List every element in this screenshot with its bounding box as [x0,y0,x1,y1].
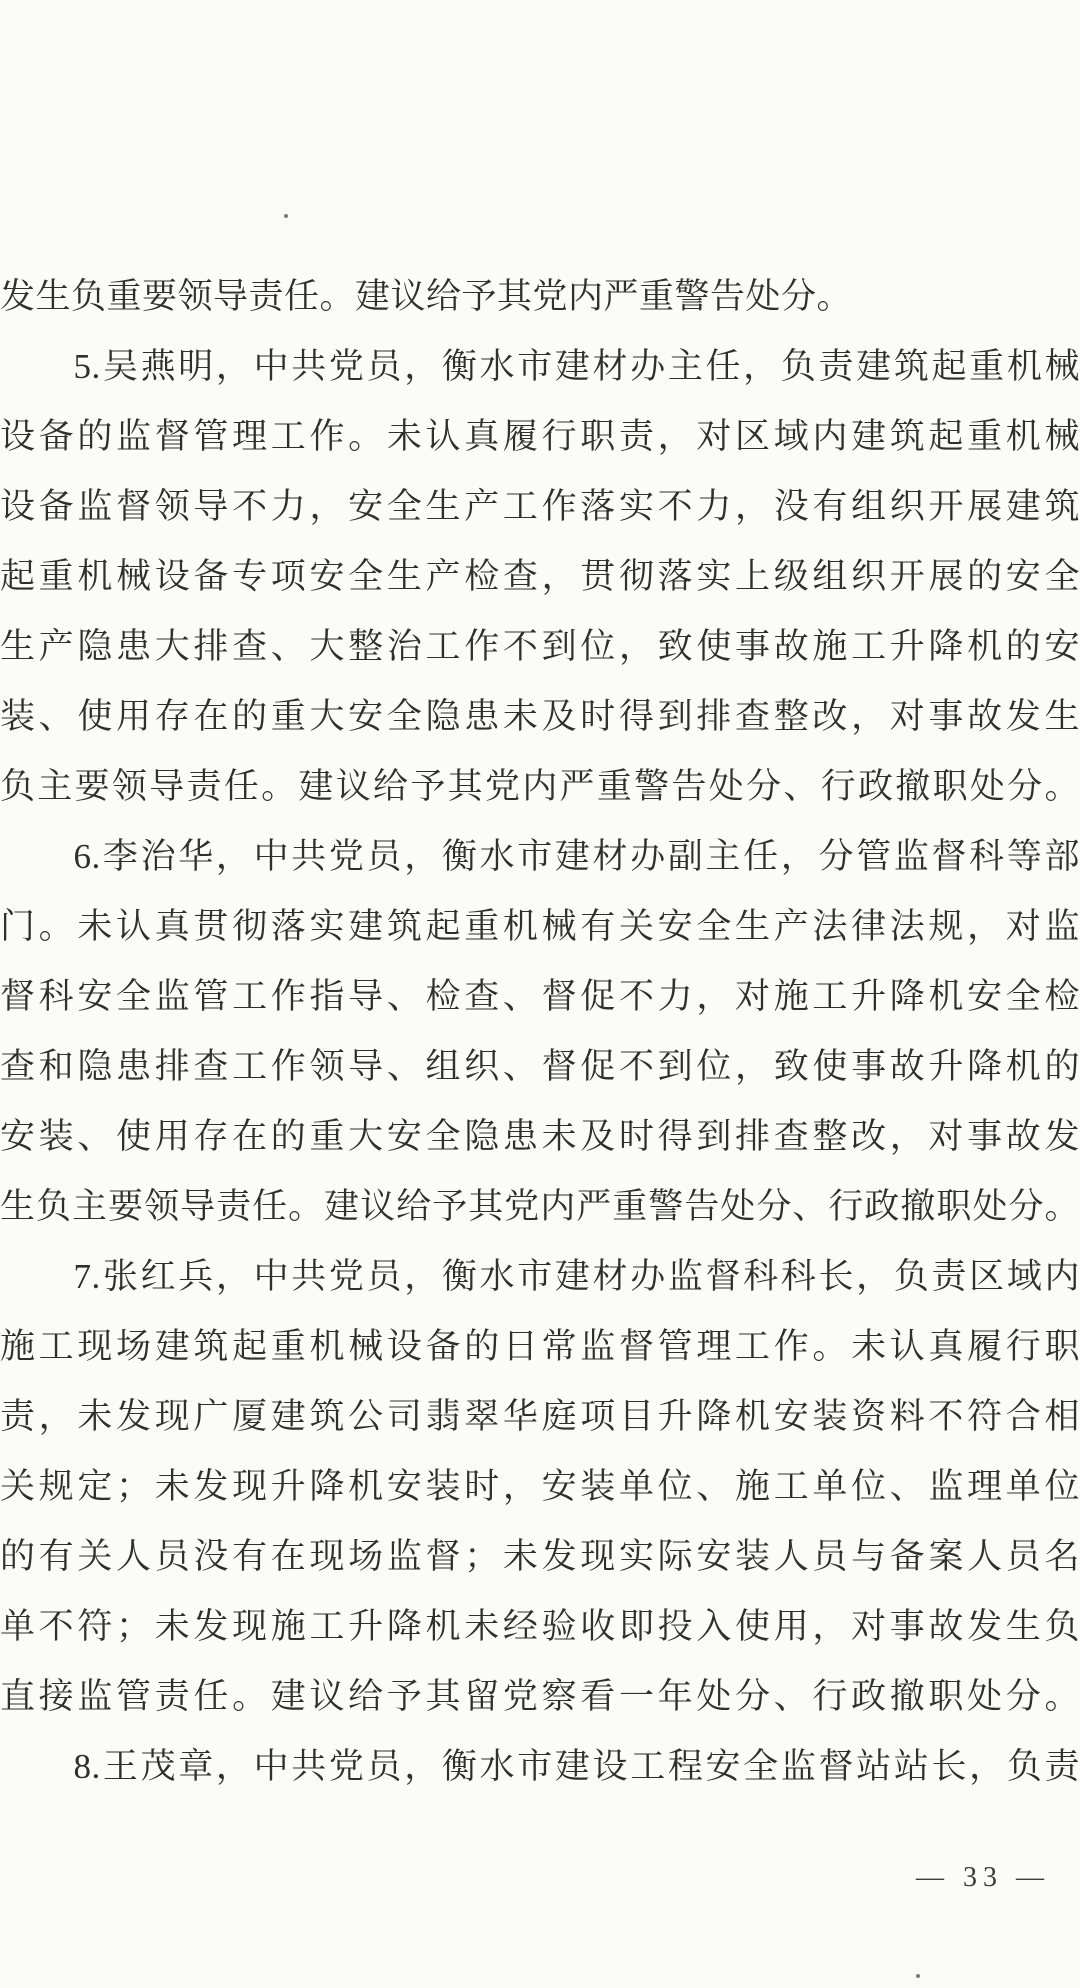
text-line: 督科安全监管工作指导、检查、督促不力，对施工升降机安全检 [0,962,1080,1032]
text-line: 查和隐患排查工作领导、组织、督促不到位，致使事故升降机的 [0,1032,1080,1102]
page-number: — 33 — [916,1858,1050,1898]
text-line: 责，未发现广厦建筑公司翡翠华庭项目升降机安装资料不符合相 [0,1382,1080,1452]
text-line: 的有关人员没有在现场监督；未发现实际安装人员与备案人员名 [0,1522,1080,1592]
text-line: 安装、使用存在的重大安全隐患未及时得到排查整改，对事故发 [0,1102,1080,1172]
text-line: 起重机械设备专项安全生产检查，贯彻落实上级组织开展的安全 [0,542,1080,612]
text-line: 发生负重要领导责任。建议给予其党内严重警告处分。 [0,262,1080,332]
document-body-text: 发生负重要领导责任。建议给予其党内严重警告处分。5.吴燕明，中共党员，衡水市建材… [0,262,1080,1802]
text-line: 设备的监督管理工作。未认真履行职责，对区域内建筑起重机械 [0,402,1080,472]
text-line: 装、使用存在的重大安全隐患未及时得到排查整改，对事故发生 [0,682,1080,752]
text-line: 设备监督领导不力，安全生产工作落实不力，没有组织开展建筑 [0,472,1080,542]
scanned-document-page: 发生负重要领导责任。建议给予其党内严重警告处分。5.吴燕明，中共党员，衡水市建材… [0,0,1080,1988]
text-line: 生产隐患大排查、大整治工作不到位，致使事故施工升降机的安 [0,612,1080,682]
text-line: 生负主要领导责任。建议给予其党内严重警告处分、行政撤职处分。 [0,1172,1080,1242]
text-line: 7.张红兵，中共党员，衡水市建材办监督科科长，负责区域内 [0,1242,1080,1312]
text-line: 6.李治华，中共党员，衡水市建材办副主任，分管监督科等部 [0,822,1080,892]
text-line: 关规定；未发现升降机安装时，安装单位、施工单位、监理单位 [0,1452,1080,1522]
text-line: 直接监管责任。建议给予其留党察看一年处分、行政撤职处分。 [0,1662,1080,1732]
text-line: 施工现场建筑起重机械设备的日常监督管理工作。未认真履行职 [0,1312,1080,1382]
scan-artifact-dot [916,1974,920,1978]
text-line: 8.王茂章，中共党员，衡水市建设工程安全监督站站长，负责 [0,1732,1080,1802]
text-line: 5.吴燕明，中共党员，衡水市建材办主任，负责建筑起重机械 [0,332,1080,402]
scan-artifact-dot [284,214,288,218]
text-line: 负主要领导责任。建议给予其党内严重警告处分、行政撤职处分。 [0,752,1080,822]
text-line: 单不符；未发现施工升降机未经验收即投入使用，对事故发生负 [0,1592,1080,1662]
text-line: 门。未认真贯彻落实建筑起重机械有关安全生产法律法规，对监 [0,892,1080,962]
